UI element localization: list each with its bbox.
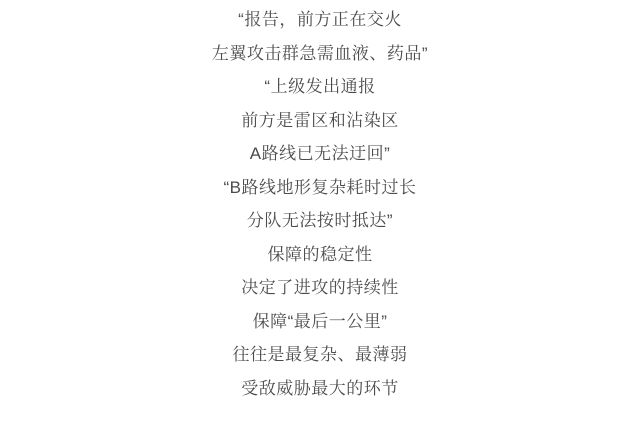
- text-line: 前方是雷区和沾染区: [0, 104, 640, 138]
- text-line: 保障“最后一公里”: [0, 305, 640, 339]
- text-line: 决定了进攻的持续性: [0, 271, 640, 305]
- text-line: 左翼攻击群急需血液、药品”: [0, 37, 640, 71]
- text-line: 保障的稳定性: [0, 238, 640, 272]
- text-line: 往往是最复杂、最薄弱: [0, 338, 640, 372]
- text-line: 受敌威胁最大的环节: [0, 372, 640, 406]
- text-line: “B路线地形复杂耗时过长: [0, 171, 640, 205]
- text-line: “上级发出通报: [0, 70, 640, 104]
- text-line: 分队无法按时抵达”: [0, 204, 640, 238]
- text-line: A路线已无法迂回”: [0, 137, 640, 171]
- text-line: “报告，前方正在交火: [0, 3, 640, 37]
- subtitle-text-block: “报告，前方正在交火 左翼攻击群急需血液、药品” “上级发出通报 前方是雷区和沾…: [0, 0, 640, 421]
